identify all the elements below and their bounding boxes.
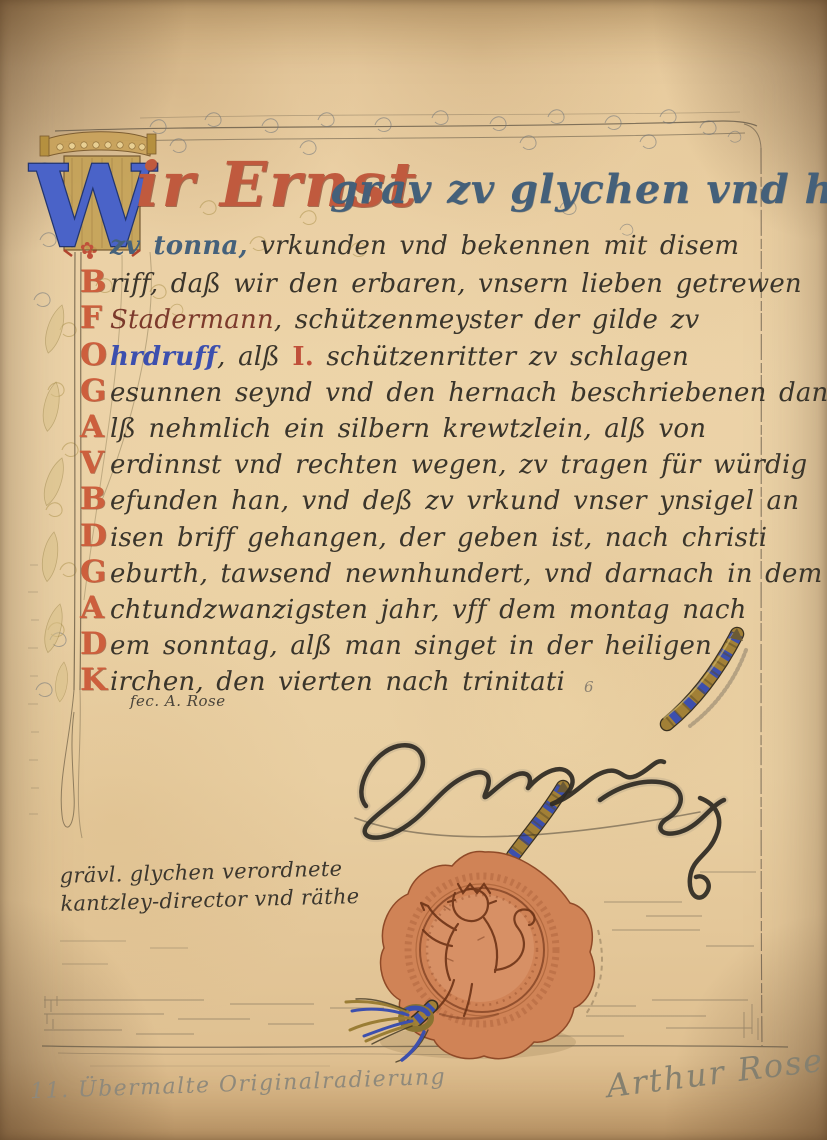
line-initial: B <box>80 481 110 517</box>
line-text: vrkunden vnd bekennen mit disem <box>248 231 740 261</box>
line-text: , alß <box>217 342 292 372</box>
flower-ornament-icon: ✿ <box>80 231 110 267</box>
line-initial: G <box>80 373 110 409</box>
cord-tassel <box>346 999 432 1062</box>
line-initial: V <box>80 445 110 481</box>
line-text: hrdruff <box>110 342 217 372</box>
body-line: Briff, daß wir den erbaren, vnsern liebe… <box>80 264 780 300</box>
line-initial: A <box>80 409 110 445</box>
line-initial: A <box>80 590 110 626</box>
line-text: isen briff gehangen, der geben ist, nach… <box>110 523 767 553</box>
artist-signature: Arthur Rose <box>604 1041 826 1105</box>
line-text: chtundzwanzigsten jahr, vff dem montag n… <box>110 595 747 625</box>
body-line: FStadermann, schützenmeyster der gilde z… <box>80 300 780 336</box>
body-line: Verdinnst vnd rechten wegen, zv tragen f… <box>80 445 780 481</box>
pencil-inscription: 11. Übermalte Originalradierung <box>30 1065 447 1105</box>
lion-emblem <box>421 884 535 1019</box>
parchment-page: W ir Ernst grav zv glychen vnd herr ✿zv … <box>0 0 827 1140</box>
line-initial: F <box>80 300 110 336</box>
signature-flourish <box>355 745 724 897</box>
line-initial: G <box>80 554 110 590</box>
line-text: esunnen seynd vnd den hernach beschriebe… <box>110 378 827 408</box>
line-initial: K <box>80 662 110 698</box>
line-text: I. <box>292 342 314 372</box>
body-line: Ohrdruff, alß I. schützenritter zv schla… <box>80 337 780 373</box>
body-line: Dem sonntag, alß man singet in der heili… <box>80 626 780 662</box>
charter-text-block: ✿zv tonna, vrkunden vnd bekennen mit dis… <box>80 228 780 698</box>
line-text: lß nehmlich ein silbern krewtzlein, alß … <box>110 414 706 444</box>
line-text: em sonntag, alß man singet in der heilig… <box>110 631 712 661</box>
line-initial: D <box>80 626 110 662</box>
line-initial: D <box>80 518 110 554</box>
line-text: zv tonna, <box>110 231 248 261</box>
body-line: Disen briff gehangen, der geben ist, nac… <box>80 518 780 554</box>
body-line: Befunden han, vnd deß zv vrkund vnser yn… <box>80 481 780 517</box>
line-text: erdinnst vnd rechten wegen, zv tragen fü… <box>110 450 807 480</box>
wax-seal <box>380 852 602 1059</box>
margin-mark: 6 <box>584 678 594 696</box>
body-line: Gesunnen seynd vnd den hernach beschrieb… <box>80 373 780 409</box>
line-text: schützenritter zv schlagen <box>314 342 689 372</box>
title-rest: grav zv glychen vnd herr <box>330 166 827 213</box>
fecit-note: fec. A. Rose <box>130 692 226 710</box>
line-text: efunden han, vnd deß zv vrkund vnser yns… <box>110 486 799 516</box>
line-text: riff, daß wir den erbaren, vnsern lieben… <box>110 269 802 299</box>
line-text: Stadermann <box>110 305 274 335</box>
body-line: Achtundzwanzigsten jahr, vff dem montag … <box>80 590 780 626</box>
body-line: Geburth, tawsend newnhundert, vnd darnac… <box>80 554 780 590</box>
line-initial: O <box>80 337 110 373</box>
body-line: ✿zv tonna, vrkunden vnd bekennen mit dis… <box>80 228 780 264</box>
wax-blob <box>381 852 595 1059</box>
body-line: Alß nehmlich ein silbern krewtzlein, alß… <box>80 409 780 445</box>
office-note: grävl. glychen verordnete kantzley-direc… <box>59 854 359 918</box>
line-text: eburth, tawsend newnhundert, vnd darnach… <box>110 559 822 589</box>
line-text: , schützenmeyster der gilde zv <box>274 305 699 335</box>
line-initial: B <box>80 264 110 300</box>
